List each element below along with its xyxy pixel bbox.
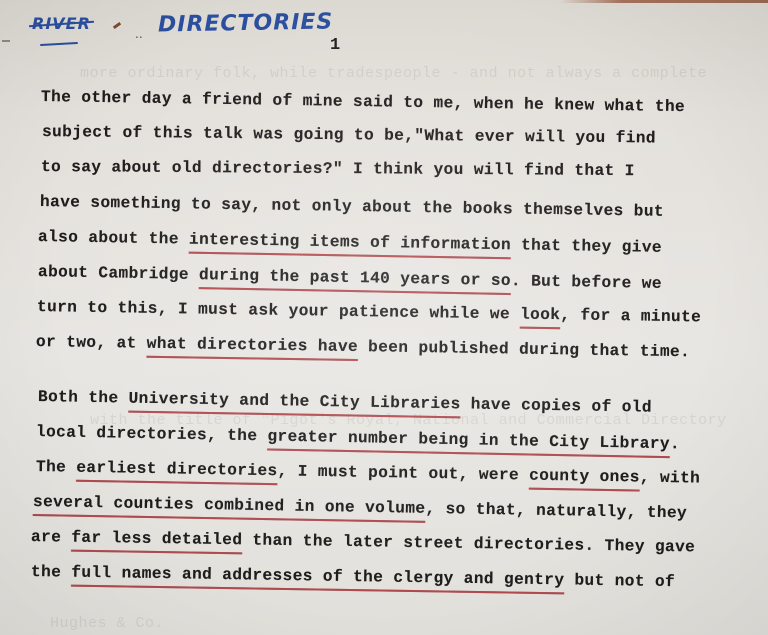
- bleed-fragment: more ordinary folk, while tradespeople -…: [80, 65, 707, 82]
- text-segment: .: [670, 435, 680, 453]
- text-line: the full names and addresses of the cler…: [31, 563, 675, 591]
- handwritten-struck-word: RIVER: [32, 14, 91, 33]
- text-segment: local directories, the: [36, 423, 268, 445]
- underlined-phrase: county ones: [529, 467, 640, 487]
- text-segment: have something to say, not only about th…: [40, 193, 664, 221]
- text-line: also about the interesting items of info…: [38, 228, 662, 257]
- text-line: have something to say, not only about th…: [40, 193, 664, 221]
- underlined-phrase: look: [520, 306, 561, 325]
- text-segment: , with: [640, 469, 701, 488]
- text-segment: . But before we: [511, 272, 662, 293]
- text-line: about Cambridge during the past 140 year…: [38, 263, 662, 293]
- text-segment: have copies of old: [460, 395, 652, 416]
- handwritten-title: DIRECTORIES: [158, 9, 334, 37]
- handwritten-underline: [40, 42, 78, 46]
- underlined-phrase: full names and addresses of the clergy a…: [71, 564, 564, 590]
- text-segment: that they give: [511, 236, 662, 257]
- text-line: The earliest directories, I must point o…: [36, 458, 700, 488]
- text-segment: about Cambridge: [38, 263, 199, 284]
- handwritten-dash: [113, 22, 121, 29]
- underlined-phrase: earliest directories: [76, 459, 278, 481]
- underlined-phrase: what directories have: [147, 335, 359, 356]
- text-segment: or two, at: [36, 333, 147, 353]
- underlined-phrase: interesting items of information: [189, 231, 511, 255]
- text-segment: The other day a friend of mine said to m…: [41, 88, 685, 116]
- text-line: The other day a friend of mine said to m…: [41, 88, 685, 116]
- underlined-phrase: University and the City Libraries: [128, 390, 460, 414]
- text-line: or two, at what directories have been pu…: [36, 333, 690, 361]
- text-segment: , so that, naturally, they: [425, 500, 687, 523]
- text-segment: also about the: [38, 228, 189, 249]
- text-segment: are: [31, 528, 72, 547]
- text-segment: than the later street directories. They …: [242, 531, 695, 556]
- page-top-edge: [560, 0, 768, 3]
- text-segment: but not of: [564, 571, 675, 591]
- text-segment: the: [31, 563, 72, 582]
- text-segment: , I must point out, were: [277, 462, 529, 484]
- text-line: to say about old directories?" I think y…: [41, 158, 635, 180]
- underlined-phrase: far less detailed: [71, 529, 242, 550]
- text-line: subject of this talk was going to be,"Wh…: [42, 123, 656, 147]
- text-segment: The: [36, 458, 77, 477]
- text-segment: turn to this, I must ask your patience w…: [37, 298, 520, 324]
- underlined-phrase: greater number being in the City Library: [267, 427, 670, 453]
- handwritten-dots: ..: [135, 27, 143, 41]
- margin-mark: [2, 40, 10, 42]
- text-segment: to say about old directories?" I think y…: [41, 158, 635, 180]
- bleed-fragment: Hughes & Co.: [50, 615, 164, 632]
- text-line: turn to this, I must ask your patience w…: [37, 298, 701, 326]
- underlined-phrase: several counties combined in one volume: [33, 493, 426, 518]
- text-segment: subject of this talk was going to be,"Wh…: [42, 123, 656, 147]
- text-line: are far less detailed than the later str…: [31, 528, 695, 556]
- page-number: 1: [330, 36, 340, 55]
- text-segment: been published during that time.: [358, 338, 690, 361]
- text-segment: Both the: [38, 388, 129, 408]
- text-segment: , for a minute: [560, 306, 701, 326]
- text-line: several counties combined in one volume,…: [33, 493, 687, 522]
- underlined-phrase: during the past 140 years or so: [199, 266, 511, 290]
